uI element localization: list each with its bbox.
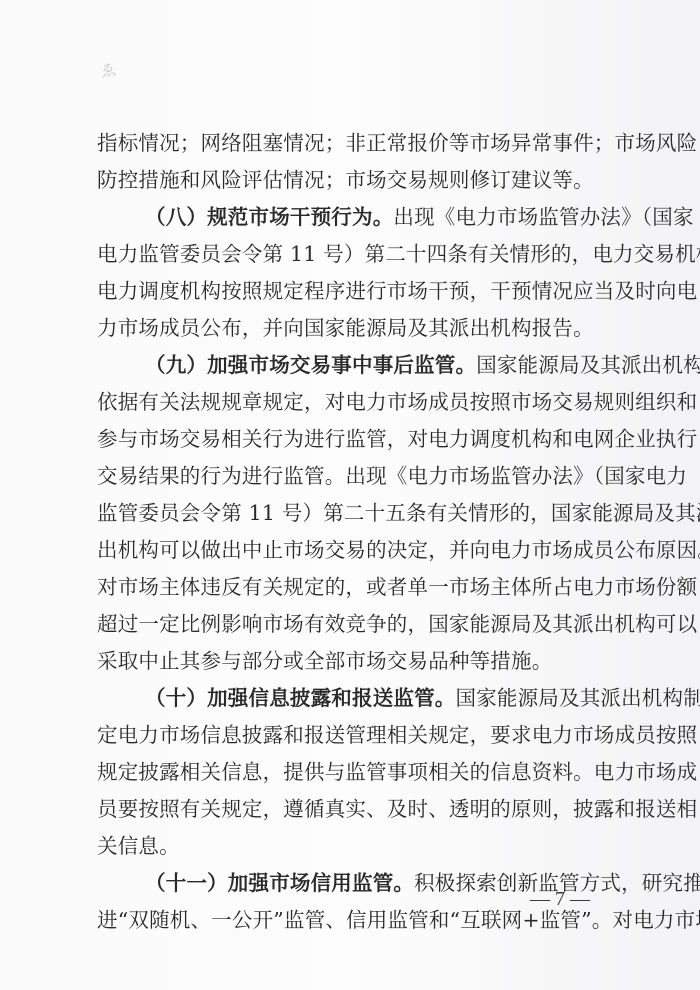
text-line: 依据有关法规规章规定，对电力市场成员按照市场交易规则组织和 [97,384,657,421]
text-line: 防控措施和风险评估情况；市场交易规则修订建议等。 [97,162,657,199]
page-number: — 7 — [530,888,590,911]
document-body: 指标情况；网络阻塞情况；非正常报价等市场异常事件；市场风险 防控措施和风险评估情… [97,125,657,939]
text-span: 国家能源局及其派出机构 [476,353,700,377]
text-line: 采取中止其参与部分或全部市场交易品种等措施。 [97,643,657,680]
text-line: 电力监管委员会令第 11 号）第二十四条有关情形的，电力交易机构、 [97,236,657,273]
paragraph-item-10: （十）加强信息披露和报送监管。国家能源局及其派出机构制 定电力市场信息披露和报送… [97,680,657,865]
text-line: 超过一定比例影响市场有效竞争的，国家能源局及其派出机构可以 [97,606,657,643]
text-span: 国家能源局及其派出机构制 [456,686,700,710]
document-page: ゑ 指标情况；网络阻塞情况；非正常报价等市场异常事件；市场风险 防控措施和风险评… [0,0,700,990]
text-line: （十）加强信息披露和报送监管。国家能源局及其派出机构制 [97,680,657,717]
section-heading: （十一）加强市场信用监管。 [145,871,414,895]
text-line: 关信息。 [97,828,657,865]
text-line: （八）规范市场干预行为。出现《电力市场监管办法》（国家 [97,199,657,236]
text-line: 监管委员会令第 11 号）第二十五条有关情形的，国家能源局及其派 [97,495,657,532]
text-line: （九）加强市场交易事中事后监管。国家能源局及其派出机构 [97,347,657,384]
text-line: 定电力市场信息披露和报送管理相关规定，要求电力市场成员按照 [97,717,657,754]
text-span: 出现《电力市场监管办法》（国家 [393,205,693,229]
text-line: 对市场主体违反有关规定的，或者单一市场主体所占电力市场份额 [97,569,657,606]
text-line: 员要按照有关规定，遵循真实、及时、透明的原则，披露和报送相 [97,791,657,828]
text-line: 出机构可以做出中止市场交易的决定，并向电力市场成员公布原因。 [97,532,657,569]
section-heading: （八）规范市场干预行为。 [145,205,393,229]
text-line: 指标情况；网络阻塞情况；非正常报价等市场异常事件；市场风险 [97,125,657,162]
section-heading: （十）加强信息披露和报送监管。 [145,686,456,710]
text-line: 参与市场交易相关行为进行监管，对电力调度机构和电网企业执行 [97,421,657,458]
paragraph-item-8: （八）规范市场干预行为。出现《电力市场监管办法》（国家 电力监管委员会令第 11… [97,199,657,347]
text-line: 交易结果的行为进行监管。出现《电力市场监管办法》（国家电力 [97,458,657,495]
text-line: 力市场成员公布，并向国家能源局及其派出机构报告。 [97,310,657,347]
section-heading: （九）加强市场交易事中事后监管。 [145,353,476,377]
paragraph-item-9: （九）加强市场交易事中事后监管。国家能源局及其派出机构 依据有关法规规章规定，对… [97,347,657,680]
text-line: 电力调度机构按照规定程序进行市场干预，干预情况应当及时向电 [97,273,657,310]
paragraph-continuation: 指标情况；网络阻塞情况；非正常报价等市场异常事件；市场风险 防控措施和风险评估情… [97,125,657,199]
scan-mark: ゑ [98,57,118,82]
text-line: 规定披露相关信息，提供与监管事项相关的信息资料。电力市场成 [97,754,657,791]
